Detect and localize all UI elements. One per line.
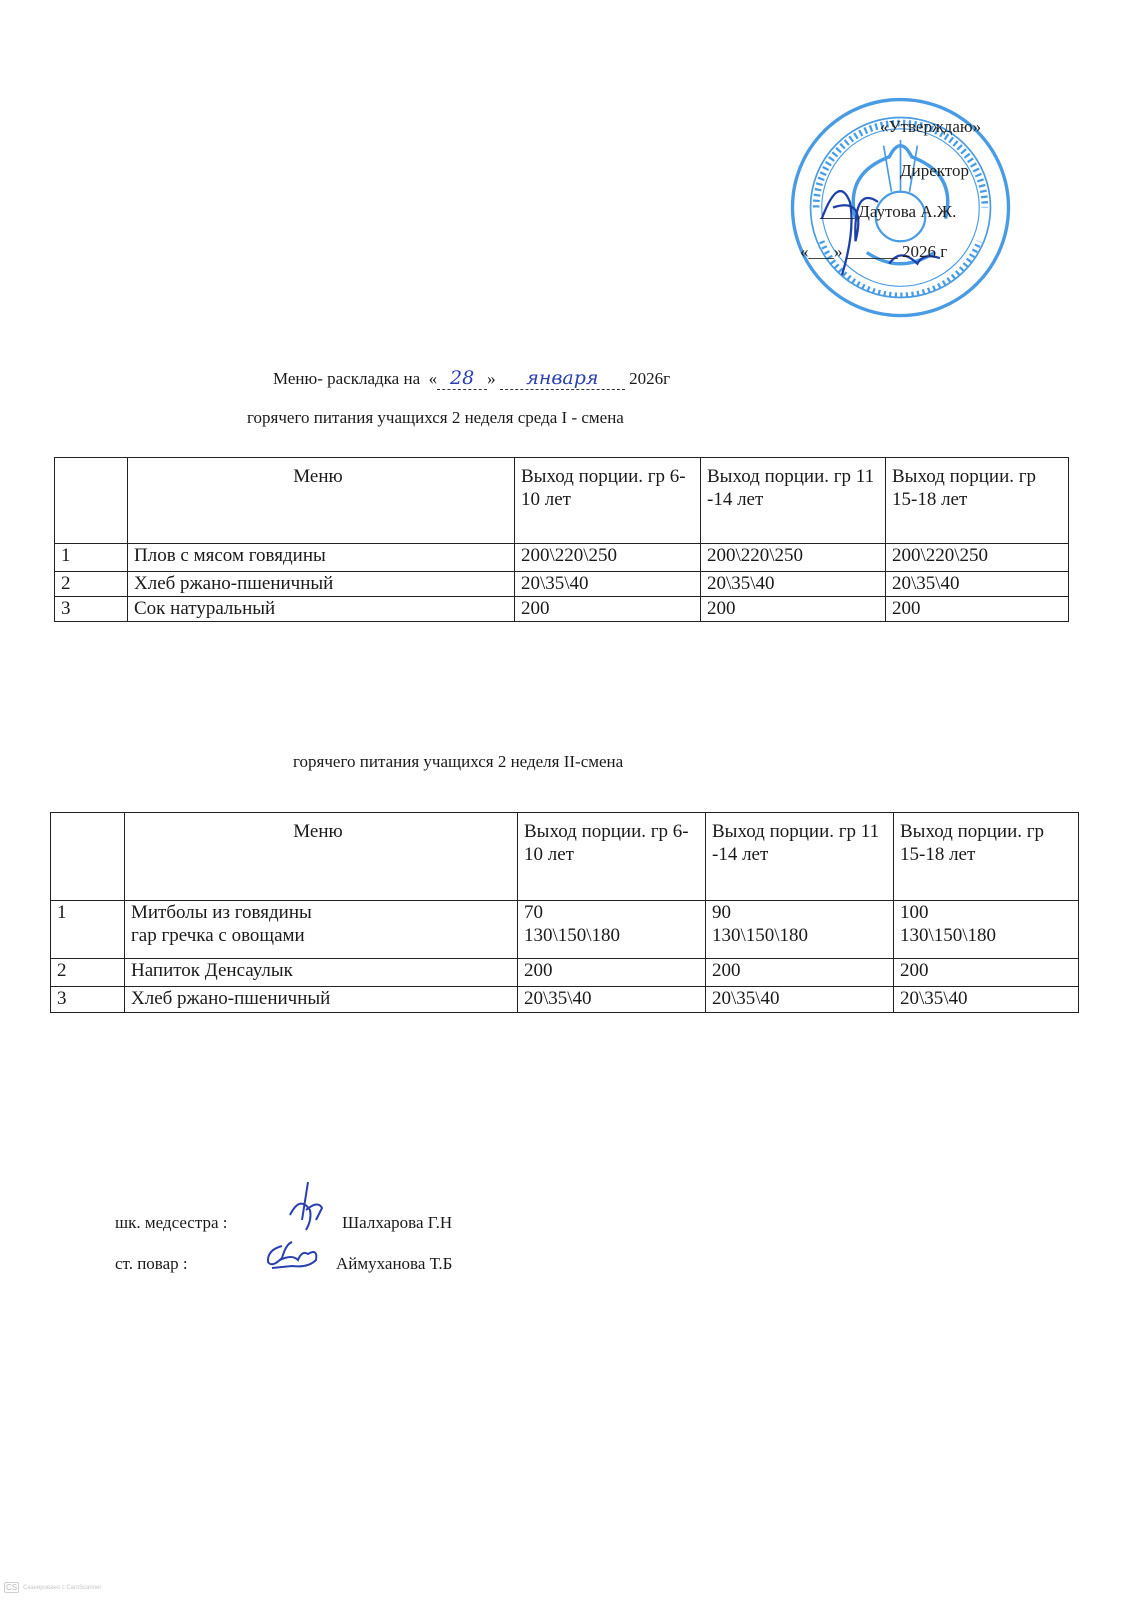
signature-name-cook: Аймуханова Т.Б	[336, 1254, 452, 1274]
portion-11-14: 20\35\40	[701, 572, 886, 597]
column-header-6-10: Выход порции. гр 6-10 лет	[515, 458, 701, 544]
dish-name: Хлеб ржано-пшеничный	[128, 572, 515, 597]
row-number: 2	[51, 959, 125, 987]
row-number: 3	[55, 597, 128, 622]
column-header-num	[51, 813, 125, 901]
portion-6-10: 200\220\250	[515, 544, 701, 572]
portion-6-10: 200	[515, 597, 701, 622]
menu-table-shift-1: Меню Выход порции. гр 6-10 лет Выход пор…	[54, 457, 1069, 622]
portion-11-14: 20\35\40	[706, 987, 894, 1013]
column-header-6-10: Выход порции. гр 6-10 лет	[518, 813, 706, 901]
scanner-watermark-text: Сканировано с CamScanner	[23, 1585, 101, 1591]
signature-role-cook: ст. повар :	[115, 1254, 188, 1274]
portion-11-14: 200\220\250	[701, 544, 886, 572]
column-header-11-14: Выход порции. гр 11 -14 лет	[706, 813, 894, 901]
scanner-watermark: CS Сканировано с CamScanner	[4, 1582, 101, 1593]
dish-name: Митболы из говядины гар гречка с овощами	[125, 901, 518, 959]
portion-15-18: 200	[894, 959, 1079, 987]
portion-11-14: 90 130\150\180	[706, 901, 894, 959]
column-header-15-18: Выход порции. гр 15-18 лет	[886, 458, 1069, 544]
approval-date: «___» ______ 2026 г	[800, 243, 947, 260]
portion-6-10: 20\35\40	[518, 987, 706, 1013]
portion-15-18: 200	[886, 597, 1069, 622]
column-header-menu: Меню	[128, 458, 515, 544]
table-2-caption: горячего питания учащихся 2 неделя II-см…	[293, 752, 623, 772]
portion-11-14: 200	[701, 597, 886, 622]
menu-table-shift-2: Меню Выход порции. гр 6-10 лет Выход пор…	[50, 812, 1079, 1013]
row-number: 1	[55, 544, 128, 572]
portion-11-14: 200	[706, 959, 894, 987]
table-row: 3 Хлеб ржано-пшеничный 20\35\40 20\35\40…	[51, 987, 1079, 1013]
title-prefix: Меню- раскладка на	[273, 369, 420, 388]
table-row: 1 Митболы из говядины гар гречка с овоща…	[51, 901, 1079, 959]
dish-name: Сок натуральный	[128, 597, 515, 622]
column-header-num	[55, 458, 128, 544]
portion-15-18: 200\220\250	[886, 544, 1069, 572]
approval-position: Директор	[900, 162, 969, 179]
handwritten-month: января	[526, 367, 598, 389]
row-number: 1	[51, 901, 125, 959]
column-header-menu: Меню	[125, 813, 518, 901]
portion-15-18: 20\35\40	[894, 987, 1079, 1013]
dish-name: Хлеб ржано-пшеничный	[125, 987, 518, 1013]
portion-15-18: 100 130\150\180	[894, 901, 1079, 959]
signature-role-nurse: шк. медсестра :	[115, 1213, 228, 1233]
handwritten-day: 28	[450, 367, 474, 389]
table-1-caption: горячего питания учащихся 2 неделя среда…	[247, 408, 624, 428]
signature-cook-icon	[262, 1236, 324, 1270]
table-row: 1 Плов с мясом говядины 200\220\250 200\…	[55, 544, 1069, 572]
approval-name: ____ Даутова А.Ж.	[820, 203, 956, 220]
document-title: Меню- раскладка на « 28 » января 2026г	[273, 367, 670, 390]
row-number: 3	[51, 987, 125, 1013]
table-row: 2 Напиток Денсаулык 200 200 200	[51, 959, 1079, 987]
portion-6-10: 70 130\150\180	[518, 901, 706, 959]
table-row: 3 Сок натуральный 200 200 200	[55, 597, 1069, 622]
table-row: 2 Хлеб ржано-пшеничный 20\35\40 20\35\40…	[55, 572, 1069, 597]
signature-name-nurse: Шалхарова Г.Н	[342, 1213, 452, 1233]
portion-15-18: 20\35\40	[886, 572, 1069, 597]
column-header-11-14: Выход порции. гр 11 -14 лет	[701, 458, 886, 544]
portion-6-10: 200	[518, 959, 706, 987]
portion-6-10: 20\35\40	[515, 572, 701, 597]
dish-name: Плов с мясом говядины	[128, 544, 515, 572]
approval-label: «Утверждаю»	[880, 118, 981, 135]
title-year: 2026г	[629, 369, 670, 388]
row-number: 2	[55, 572, 128, 597]
dish-name: Напиток Денсаулык	[125, 959, 518, 987]
camscanner-logo-icon: CS	[4, 1582, 19, 1593]
column-header-15-18: Выход порции. гр 15-18 лет	[894, 813, 1079, 901]
signature-nurse-icon	[280, 1180, 330, 1240]
